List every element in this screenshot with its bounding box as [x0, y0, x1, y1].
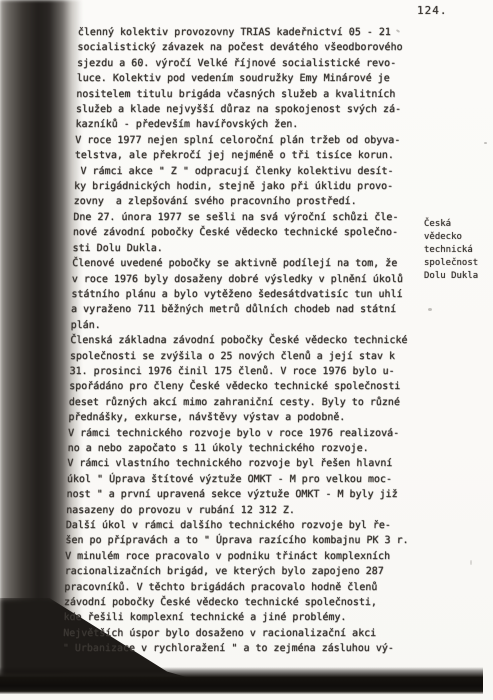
margin-note-line: Dolu Dukla — [424, 270, 478, 283]
scan-edge-band — [0, 667, 483, 694]
text-line: no a nebo započato s 11 úkoly technickéh… — [67, 441, 411, 456]
text-line: Dne 27. února 1977 se sešli na svá výroč… — [73, 210, 417, 225]
text-line: společnosti se zvýšila o 25 nových členů… — [70, 349, 414, 364]
text-line: členný kolektiv provozovny TRIAS kadeřni… — [78, 25, 422, 40]
text-line: plán. — [70, 318, 414, 333]
text-line: kazníků - především havířovských žen. — [75, 117, 419, 132]
text-line: V rámci vlastního technického rozvoje by… — [67, 456, 411, 471]
text-line: Další úkol v rámci dalšího technického r… — [66, 518, 410, 533]
text-line: pracovníků. V těchto brigádách pracovalo… — [64, 580, 408, 595]
text-line: " Urbanizace v rychloražení " a to zejmé… — [63, 641, 407, 656]
text-line: 31. prosinci 1976 činil 175 členů. V roc… — [69, 364, 413, 379]
text-line: nost " a první upravená sekce výztuže OM… — [66, 487, 410, 502]
text-line: úkol " Úprava štítové výztuže OMKT - M p… — [67, 472, 411, 487]
text-line: socialistický závazek na počest devátého… — [77, 40, 421, 55]
text-line: V roce 1977 nejen splní celoroční plán t… — [75, 133, 419, 148]
text-line: sjezdu a 60. výročí Velké říjnové social… — [77, 56, 421, 71]
text-line: Největších úspor bylo dosaženo v raciona… — [63, 626, 407, 641]
text-line: a vyraženo 711 běžných metrů důlních cho… — [71, 302, 415, 317]
margin-note-line: Česká — [424, 218, 478, 231]
margin-note-line: vědecko — [424, 231, 478, 244]
margin-annotation: ČeskávědeckotechnickáspolečnostDolu Dukl… — [424, 218, 478, 283]
margin-note-line: společnost — [424, 257, 478, 270]
text-line: V rámci technického rozvoje bylo v roce … — [68, 426, 412, 441]
text-line: spořádáno pro členy České vědecko techni… — [69, 379, 413, 394]
text-line: sti Dolu Dukla. — [72, 241, 416, 256]
scan-speck — [470, 560, 472, 565]
text-line: závodní pobočky České vědecko technické … — [64, 595, 408, 610]
text-line: racionalizačních brigád, ve kterých bylo… — [64, 564, 408, 579]
typewritten-body-text: členný kolektiv provozovny TRIAS kadeřni… — [63, 25, 422, 657]
text-line: nasazeny do provozu v rubání 12 312 Z. — [66, 503, 410, 518]
text-line: deset různých akcí mimo zahraniční cesty… — [69, 395, 413, 410]
text-line: šen po přípravách a to " Úprava razícího… — [65, 533, 409, 548]
text-line: telstva, ale překročí jej nejméně o tři … — [75, 148, 419, 163]
scanned-document-page: 124. členný kolektiv provozovny TRIAS ka… — [0, 0, 493, 700]
text-line: Členská základna závodní pobočky České v… — [70, 333, 414, 348]
text-line: V rámci akce " Z " odpracují členky kole… — [74, 164, 418, 179]
text-line: v roce 1976 byly dosaženy dobré výsledky… — [72, 272, 416, 287]
text-line: luce. Kolektiv pod vedením soudružky Emy… — [76, 71, 420, 86]
margin-note-line: technická — [424, 244, 478, 257]
text-line: nositelem titulu brigáda včasných služeb… — [76, 87, 420, 102]
text-line: služeb a klade nejvyšší důraz na spokoje… — [76, 102, 420, 117]
text-line: zovny a zlepšování svého pracovního pros… — [73, 194, 417, 209]
text-line: Členové uvedené pobočky se aktivně podíl… — [72, 256, 416, 271]
scan-speck — [428, 308, 432, 311]
page-number: 124. — [417, 4, 448, 17]
text-line: státního plánu a bylo vytěženo šedesátdv… — [71, 287, 415, 302]
text-line: přednášky, exkurse, návštěvy výstav a po… — [68, 410, 412, 425]
text-line: nové závodní pobočky České vědecko techn… — [73, 225, 417, 240]
text-line: ky brigádnických hodin, stejně jako při … — [74, 179, 418, 194]
text-line: V minulém roce pracovalo v podniku třiná… — [65, 549, 409, 564]
scan-speck — [484, 142, 487, 144]
text-line: kde řešili komplexní technické a jiné pr… — [63, 610, 407, 625]
